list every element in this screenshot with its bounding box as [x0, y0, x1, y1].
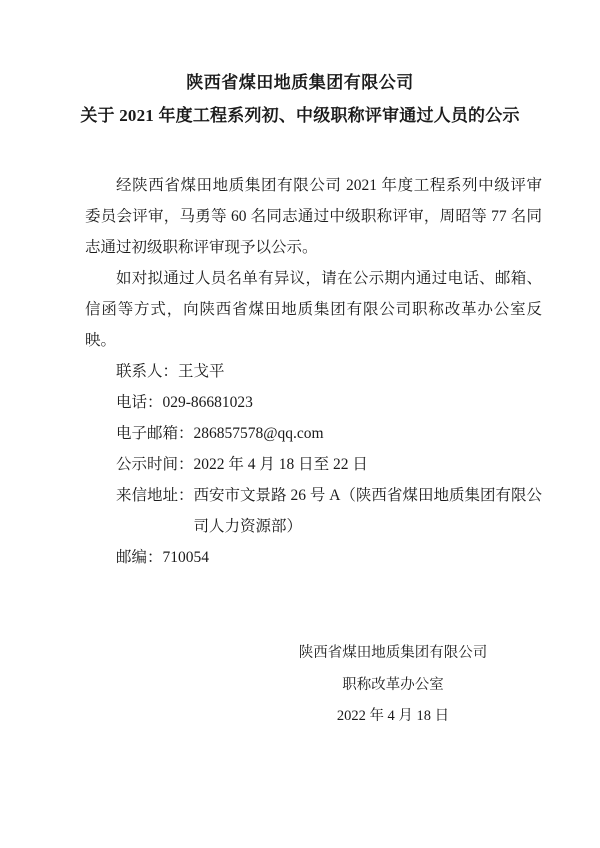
mail-address-label: 来信地址： — [116, 480, 194, 542]
phone-label: 电话： — [116, 387, 163, 418]
paragraph-review-result: 经陕西省煤田地质集团有限公司 2021 年度工程系列中级评审委员会评审，马勇等 … — [85, 170, 542, 263]
mail-address-value: 西安市文景路 26 号 A（陕西省煤田地质集团有限公司人力资源部） — [194, 480, 542, 542]
paragraph-objection-notice: 如对拟通过人员名单有异议，请在公示期内通过电话、邮箱、信函等方式，向陕西省煤田地… — [85, 263, 542, 356]
postal-code-row: 邮编： 710054 — [85, 542, 542, 573]
phone-value: 029-86681023 — [163, 387, 542, 418]
document-subject-title: 关于 2021 年度工程系列初、中级职称评审通过人员的公示 — [0, 106, 600, 126]
email-row: 电子邮箱： 286857578@qq.com — [85, 418, 542, 449]
contact-person-label: 联系人： — [116, 356, 178, 387]
email-label: 电子邮箱： — [116, 418, 194, 449]
document-page: 陕西省煤田地质集团有限公司 关于 2021 年度工程系列初、中级职称评审通过人员… — [0, 0, 600, 848]
mail-address-row: 来信地址： 西安市文景路 26 号 A（陕西省煤田地质集团有限公司人力资源部） — [85, 480, 542, 542]
signature-office-name: 职称改革办公室 — [283, 670, 503, 702]
document-title-block: 陕西省煤田地质集团有限公司 关于 2021 年度工程系列初、中级职称评审通过人员… — [0, 73, 600, 126]
publicity-period-row: 公示时间： 2022 年 4 月 18 日至 22 日 — [85, 449, 542, 480]
signature-date: 2022 年 4 月 18 日 — [283, 701, 503, 733]
signature-block: 陕西省煤田地质集团有限公司 职称改革办公室 2022 年 4 月 18 日 — [283, 638, 503, 733]
publicity-period-value: 2022 年 4 月 18 日至 22 日 — [194, 449, 542, 480]
contact-list: 联系人： 王戈平 电话： 029-86681023 电子邮箱： 28685757… — [85, 356, 542, 573]
document-org-title: 陕西省煤田地质集团有限公司 — [0, 73, 600, 93]
postal-code-label: 邮编： — [116, 542, 163, 573]
signature-org-name: 陕西省煤田地质集团有限公司 — [283, 638, 503, 670]
contact-person-value: 王戈平 — [178, 356, 542, 387]
postal-code-value: 710054 — [163, 542, 542, 573]
contact-person-row: 联系人： 王戈平 — [85, 356, 542, 387]
phone-row: 电话： 029-86681023 — [85, 387, 542, 418]
document-body: 经陕西省煤田地质集团有限公司 2021 年度工程系列中级评审委员会评审，马勇等 … — [85, 170, 542, 573]
email-value: 286857578@qq.com — [194, 418, 542, 449]
publicity-period-label: 公示时间： — [116, 449, 194, 480]
